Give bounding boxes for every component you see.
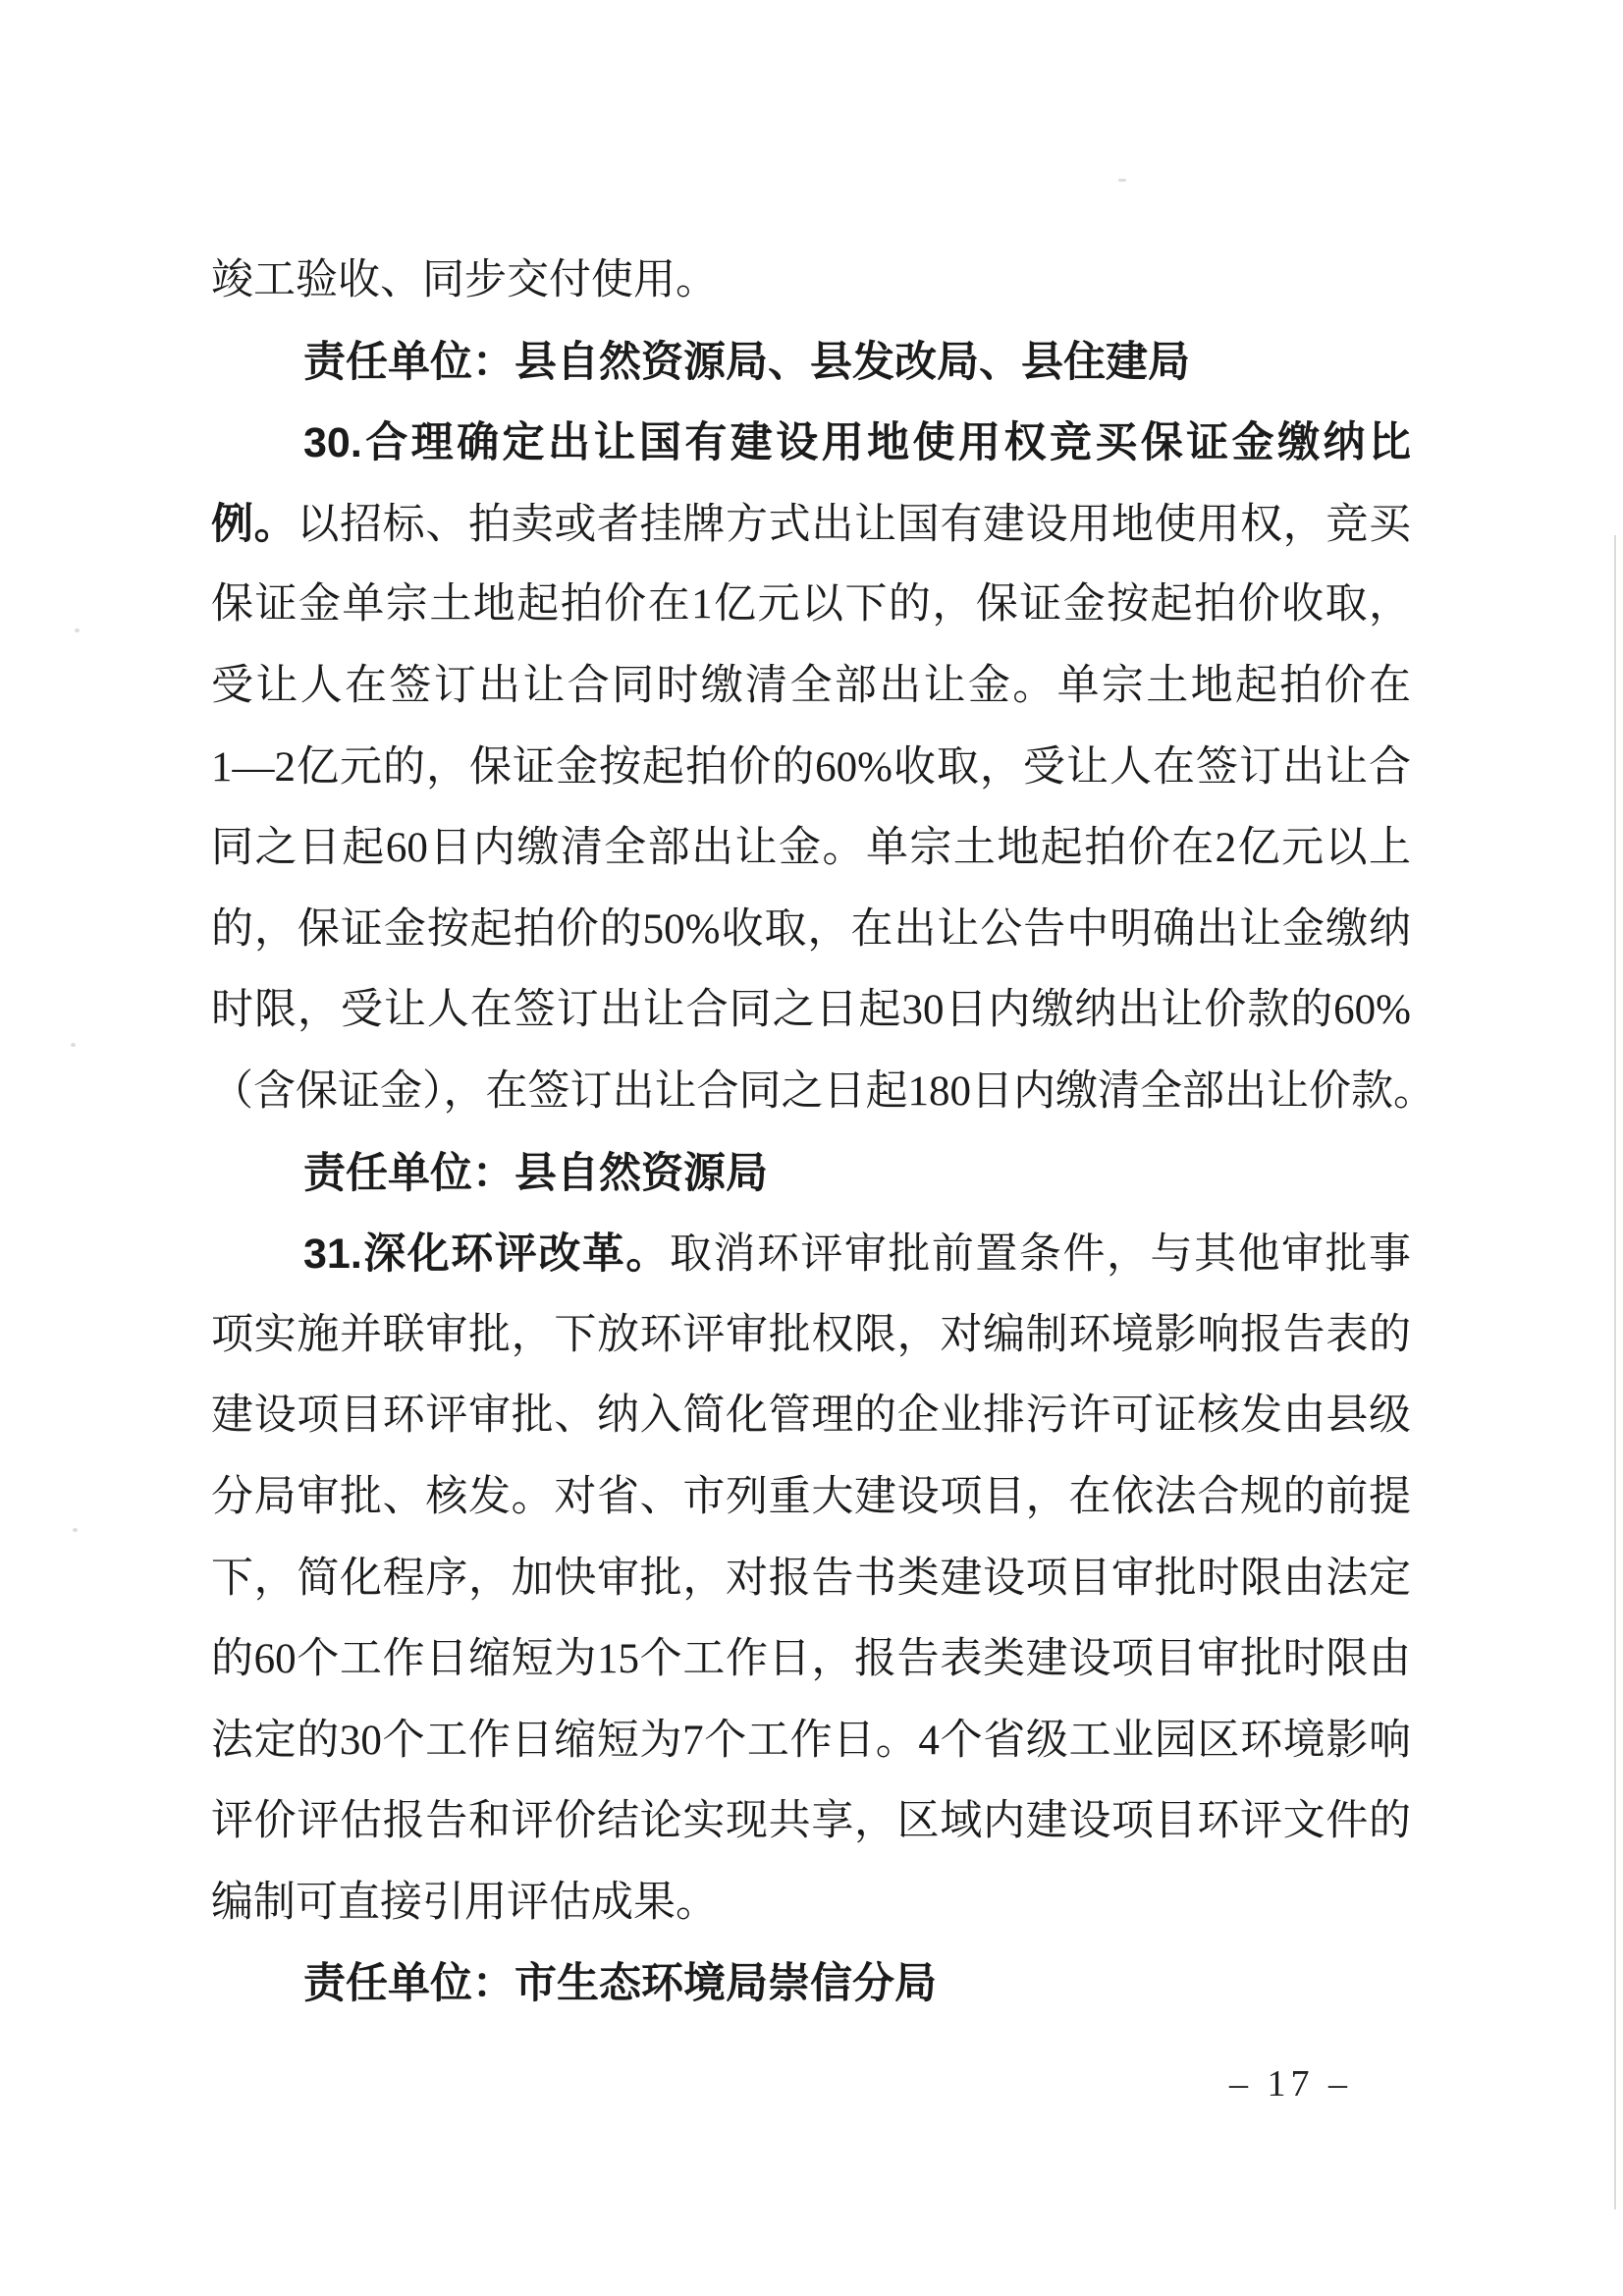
document-body: 竣工验收、同步交付使用。责任单位：县自然资源局、县发改局、县住建局30.合理确定… — [211, 241, 1411, 2025]
text-segment: 建设项目环评审批、纳入简化管理的企业排污许可证核发由县级 — [211, 1393, 1411, 1439]
text-segment: 项实施并联审批，下放环评审批权限，对编制环境影响报告表的 — [211, 1312, 1411, 1358]
text-line: 分局审批、核发。对省、市列重大建设项目，在依法合规的前提 — [211, 1457, 1411, 1539]
text-segment: 1—2亿元的，保证金按起拍价的60%收取，受让人在签订出让合 — [211, 744, 1411, 791]
text-line: 责任单位：县自然资源局 — [211, 1133, 1411, 1215]
text-segment: 同之日起60日内缴清全部出让金。单宗土地起拍价在2亿元以上 — [211, 825, 1411, 871]
scan-speck — [71, 1043, 76, 1047]
text-line: 同之日起60日内缴清全部出让金。单宗土地起拍价在2亿元以上 — [211, 808, 1411, 890]
text-segment: 受让人在签订出让合同时缴清全部出让金。单宗土地起拍价在 — [211, 663, 1411, 709]
text-line: 评价评估报告和评价结论实现共享，区域内建设项目环评文件的 — [211, 1781, 1411, 1863]
text-segment: （含保证金），在签订出让合同之日起180日内缴清全部出让价款。 — [211, 1068, 1411, 1115]
text-segment: 保证金单宗土地起拍价在1亿元以下的，保证金按起拍价收取， — [211, 581, 1411, 628]
scan-speck — [1118, 179, 1126, 182]
text-line: （含保证金），在签订出让合同之日起180日内缴清全部出让价款。 — [211, 1052, 1411, 1133]
text-segment: 的，保证金按起拍价的50%收取，在出让公告中明确出让金缴纳 — [211, 906, 1411, 953]
text-line: 责任单位：市生态环境局崇信分局 — [211, 1943, 1411, 2025]
text-line: 1—2亿元的，保证金按起拍价的60%收取，受让人在签订出让合 — [211, 728, 1411, 809]
text-segment: 评价评估报告和评价结论实现共享，区域内建设项目环评文件的 — [211, 1798, 1411, 1844]
text-segment: 的60个工作日缩短为15个工作日，报告表类建设项目审批时限由 — [211, 1636, 1411, 1682]
bold-text-segment: 例。 — [211, 501, 297, 548]
text-segment: 竣工验收、同步交付使用。 — [211, 257, 718, 303]
text-line: 的，保证金按起拍价的50%收取，在出让公告中明确出让金缴纳 — [211, 890, 1411, 971]
text-line: 30.合理确定出让国有建设用地使用权竞买保证金缴纳比 — [211, 403, 1411, 484]
text-segment: 以招标、拍卖或者挂牌方式出让国有建设用地使用权，竞买 — [297, 502, 1411, 548]
text-segment: 下，简化程序，加快审批，对报告书类建设项目审批时限由法定 — [211, 1556, 1411, 1602]
scan-edge-artifact — [1614, 535, 1616, 2210]
text-line: 项实施并联审批，下放环评审批权限，对编制环境影响报告表的 — [211, 1295, 1411, 1377]
text-segment: 分局审批、核发。对省、市列重大建设项目，在依法合规的前提 — [211, 1474, 1411, 1520]
bold-text-segment: 责任单位：市生态环境局崇信分局 — [303, 1960, 937, 2007]
page-number: – 17 – — [1229, 2062, 1352, 2105]
bold-text-segment: 31.深化环评改革。 — [303, 1230, 670, 1278]
text-line: 编制可直接引用评估成果。 — [211, 1863, 1411, 1944]
scan-speck — [75, 629, 80, 632]
text-line: 的60个工作日缩短为15个工作日，报告表类建设项目审批时限由 — [211, 1619, 1411, 1701]
text-line: 法定的30个工作日缩短为7个工作日。4个省级工业园区环境影响 — [211, 1701, 1411, 1782]
text-line: 下，简化程序，加快审批，对报告书类建设项目审批时限由法定 — [211, 1539, 1411, 1620]
scanned-document-page: 竣工验收、同步交付使用。责任单位：县自然资源局、县发改局、县住建局30.合理确定… — [0, 0, 1623, 2296]
text-line: 责任单位：县自然资源局、县发改局、县住建局 — [211, 322, 1411, 404]
text-segment: 时限，受让人在签订出让合同之日起30日内缴纳出让价款的60% — [211, 987, 1411, 1033]
text-segment: 编制可直接引用评估成果。 — [211, 1880, 718, 1926]
text-segment: 取消环评审批前置条件，与其他审批事 — [670, 1231, 1411, 1278]
text-line: 建设项目环评审批、纳入简化管理的企业排污许可证核发由县级 — [211, 1376, 1411, 1457]
text-segment: 法定的30个工作日缩短为7个工作日。4个省级工业园区环境影响 — [211, 1718, 1411, 1764]
bold-text-segment: 责任单位：县自然资源局 — [303, 1150, 768, 1197]
bold-text-segment: 30.合理确定出让国有建设用地使用权竞买保证金缴纳比 — [303, 419, 1411, 466]
text-line: 例。以招标、拍卖或者挂牌方式出让国有建设用地使用权，竞买 — [211, 484, 1411, 566]
text-line: 31.深化环评改革。取消环评审批前置条件，与其他审批事 — [211, 1214, 1411, 1295]
text-line: 时限，受让人在签订出让合同之日起30日内缴纳出让价款的60% — [211, 970, 1411, 1052]
bold-text-segment: 责任单位：县自然资源局、县发改局、县住建局 — [303, 339, 1190, 386]
text-line: 受让人在签订出让合同时缴清全部出让金。单宗土地起拍价在 — [211, 646, 1411, 728]
scan-speck — [73, 1528, 78, 1532]
text-line: 竣工验收、同步交付使用。 — [211, 241, 1411, 322]
text-line: 保证金单宗土地起拍价在1亿元以下的，保证金按起拍价收取， — [211, 565, 1411, 646]
